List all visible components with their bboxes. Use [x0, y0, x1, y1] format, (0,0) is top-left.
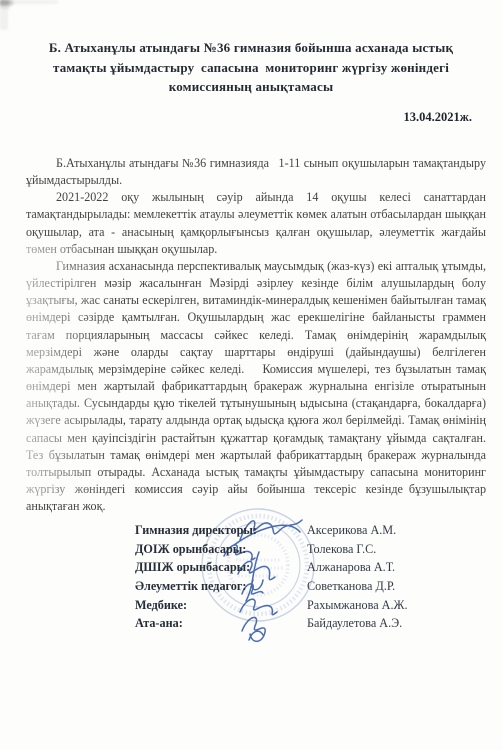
signature-name: Толекова Г.С.	[307, 540, 376, 559]
signature-name: Советканова Д.Р.	[307, 577, 395, 596]
document-body: Б.Атыханұлы атындағы №36 гимназияда 1-11…	[26, 155, 486, 515]
signature-row-nurse: Медбике: Рахымжанова А.Ж.	[135, 596, 475, 615]
signature-role: ДОІЖ орынбасары:	[135, 540, 246, 559]
signature-name: Аксерикова А.М.	[307, 521, 396, 540]
document-date: 13.04.2021ж.	[404, 110, 472, 125]
scan-artifact	[0, 0, 8, 30]
signature-role: Гимназия директоры:	[135, 521, 257, 540]
document-title: Б. Атыханұлы атындағы №36 гимназия бойын…	[18, 38, 484, 97]
signature-row-deputy-1: ДОІЖ орынбасары: Толекова Г.С.	[135, 540, 475, 559]
signature-row-parent: Ата-ана: Байдаулетова А.Э.	[135, 614, 475, 633]
signature-row-director: Гимназия директоры: Аксерикова А.М.	[135, 521, 475, 540]
paragraph-1: Б.Атыханұлы атындағы №36 гимназияда 1-11…	[26, 155, 486, 189]
paragraph-2: 2021-2022 оқу жылының сәуір айында 14 оқ…	[26, 189, 486, 258]
title-line-2: тамақты ұйымдастыру сапасына мониторинг …	[18, 58, 484, 78]
signature-name: Байдаулетова А.Э.	[307, 614, 402, 633]
signature-role: Ата-ана:	[135, 614, 183, 633]
signature-role: Медбике:	[135, 596, 187, 615]
paragraph-3: Гимназия асханасында перспективалық маус…	[26, 258, 486, 515]
scanned-document-page: Б. Атыханұлы атындағы №36 гимназия бойын…	[0, 0, 502, 750]
signature-row-social-pedagogue: Әлеуметтік педагог: Советканова Д.Р.	[135, 577, 475, 596]
signature-block: Гимназия директоры: Аксерикова А.М. ДОІЖ…	[135, 521, 475, 633]
title-line-3: комиссияның анықтамасы	[18, 77, 484, 97]
signature-name: Рахымжанова А.Ж.	[307, 596, 408, 615]
signature-name: Алжанарова А.Т.	[307, 558, 395, 577]
scan-artifact	[0, 0, 58, 4]
signature-row-deputy-2: ДШІЖ орынбасары: Алжанарова А.Т.	[135, 558, 475, 577]
signature-role: ДШІЖ орынбасары:	[135, 558, 250, 577]
signature-role: Әлеуметтік педагог:	[135, 577, 246, 596]
title-line-1: Б. Атыханұлы атындағы №36 гимназия бойын…	[18, 38, 484, 58]
